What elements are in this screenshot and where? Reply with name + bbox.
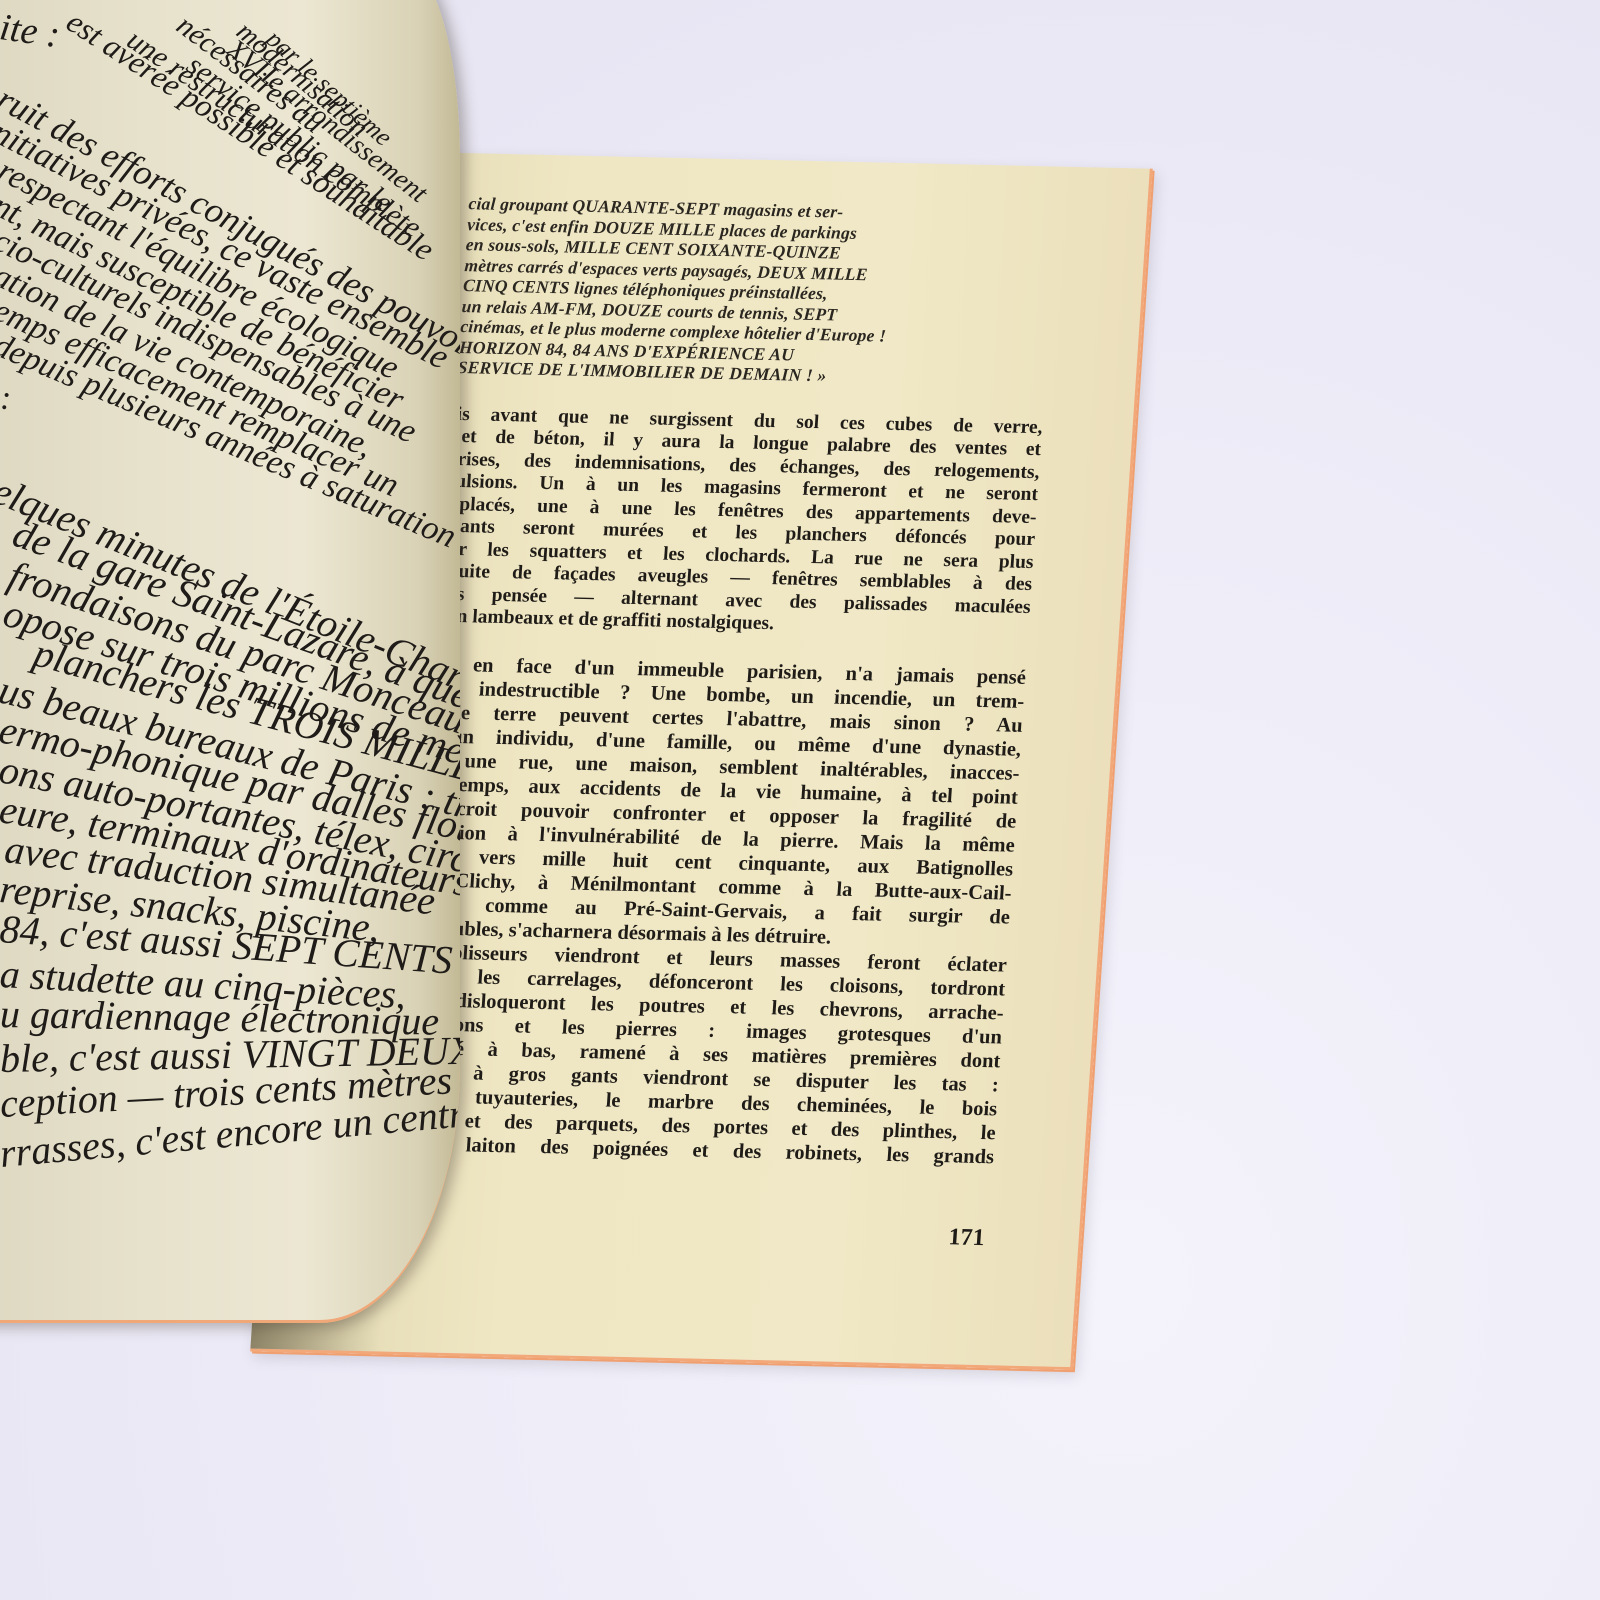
left-page-text: par le septième modernisation XVIIe arro… bbox=[0, 0, 460, 1320]
text-line: ite : bbox=[0, 5, 63, 57]
paragraph-demolition-prelude: Mais avant que ne surgissent du sol ces … bbox=[378, 402, 1043, 641]
left-page: par le septième modernisation XVIIe arro… bbox=[0, 0, 460, 1323]
page-number: 171 bbox=[948, 1224, 986, 1252]
advertisement-quote: cial groupant QUARANTE-SEPT magasins et … bbox=[457, 193, 989, 389]
text-line: : bbox=[0, 380, 11, 418]
photo-scene: cial groupant QUARANTE-SEPT magasins et … bbox=[0, 0, 1600, 1600]
